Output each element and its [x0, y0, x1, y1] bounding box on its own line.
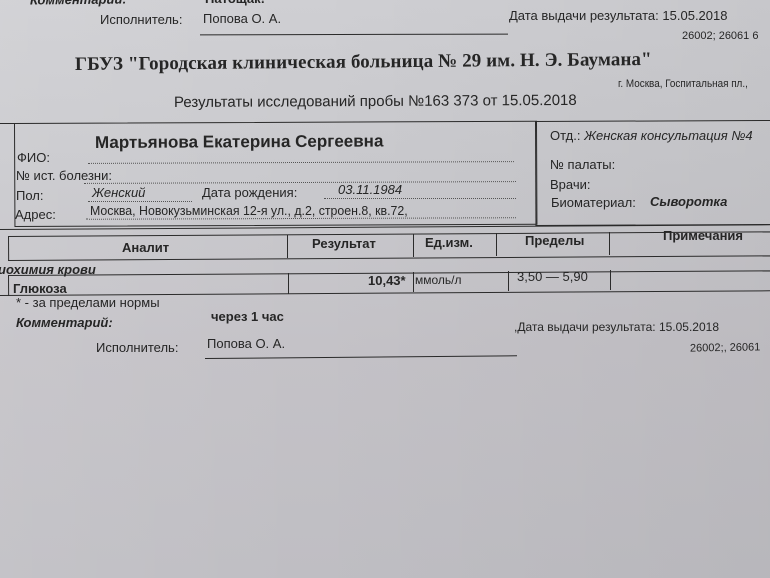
birth-date-value: 03.11.1984 — [338, 182, 402, 197]
patient-box-edge — [0, 123, 14, 124]
department-value: Женская консультация №4 — [584, 128, 753, 143]
sex-underline — [88, 201, 192, 202]
comment-value: через 1 час — [211, 309, 284, 324]
prev-signature-line — [200, 34, 508, 36]
prev-comment-value: Натощак! — [205, 0, 265, 6]
col-divider-1 — [287, 235, 288, 258]
institution-address: г. Москва, Госпитальная пл., — [618, 78, 748, 90]
row-divider-2 — [413, 272, 414, 292]
unit-glucose: ммоль/л — [415, 273, 462, 287]
signature-line — [205, 355, 517, 359]
sex-value: Женский — [92, 185, 145, 200]
col-divider-2 — [413, 234, 414, 257]
prev-issue-date-label: Дата выдачи результата: — [509, 8, 659, 23]
results-title: Результаты исследований пробы №163 373 о… — [174, 92, 577, 111]
issue-date-value: 15.05.2018 — [659, 320, 719, 334]
ward-label: № палаты: — [550, 157, 615, 172]
prev-performer-name: Попова О. А. — [203, 11, 281, 26]
col-header-notes: Примечания — [663, 228, 743, 243]
birth-date-label: Дата рождения: — [202, 185, 297, 200]
result-glucose: 10,43* — [368, 273, 406, 288]
range-glucose: 3,50 — 5,90 — [517, 269, 588, 284]
row-divider-3 — [508, 271, 509, 291]
row-divider-4 — [610, 270, 611, 290]
performer-label: Исполнитель: — [96, 340, 178, 355]
prev-issue-date: Дата выдачи результата: 15.05.2018 — [509, 8, 727, 23]
address-label: Адрес: — [15, 207, 56, 222]
prev-codes: 26002; 26061 6 — [682, 30, 758, 42]
col-divider-3 — [496, 233, 497, 256]
col-header-range: Пределы — [525, 233, 584, 248]
issue-date-label: ,Дата выдачи результата: — [514, 320, 656, 334]
prev-issue-date-value: 15.05.2018 — [662, 8, 727, 23]
address-value: Москва, Новокузьминская 12-я ул., д.2, с… — [90, 203, 408, 218]
birth-date-underline — [324, 198, 516, 199]
biomaterial-value: Сыворотка — [650, 194, 727, 209]
col-divider-4 — [609, 232, 610, 255]
col-header-result: Результат — [312, 236, 376, 251]
patient-full-name: Мартьянова Екатерина Сергеевна — [95, 131, 383, 153]
department-label: Отд.: — [550, 128, 580, 143]
comment-label: Комментарий: — [16, 315, 113, 330]
performer-name: Попова О. А. — [207, 336, 285, 351]
doctors-label: Врачи: — [550, 177, 591, 192]
row-divider-1 — [288, 273, 289, 294]
col-header-unit: Ед.изм. — [425, 235, 473, 250]
institution-title: ГБУЗ "Городская клиническая больница № 2… — [75, 49, 652, 76]
case-number-label: № ист. болезни: — [16, 168, 112, 183]
footnote: * - за пределами нормы — [16, 295, 160, 310]
sex-label: Пол: — [16, 188, 44, 203]
col-header-analyte: Аналит — [122, 240, 169, 255]
issue-date: ,Дата выдачи результата: 15.05.2018 — [514, 320, 719, 334]
analyte-glucose: Глюкоза — [13, 281, 67, 296]
prev-comment-label: Комментарий: — [30, 0, 127, 8]
codes: 26002;, 26061 — [690, 341, 761, 354]
department: Отд.: Женская консультация №4 — [550, 128, 753, 143]
prev-performer-label: Исполнитель: — [100, 12, 182, 27]
biomaterial-label: Биоматериал: — [551, 195, 636, 210]
fio-label: ФИО: — [17, 150, 50, 165]
